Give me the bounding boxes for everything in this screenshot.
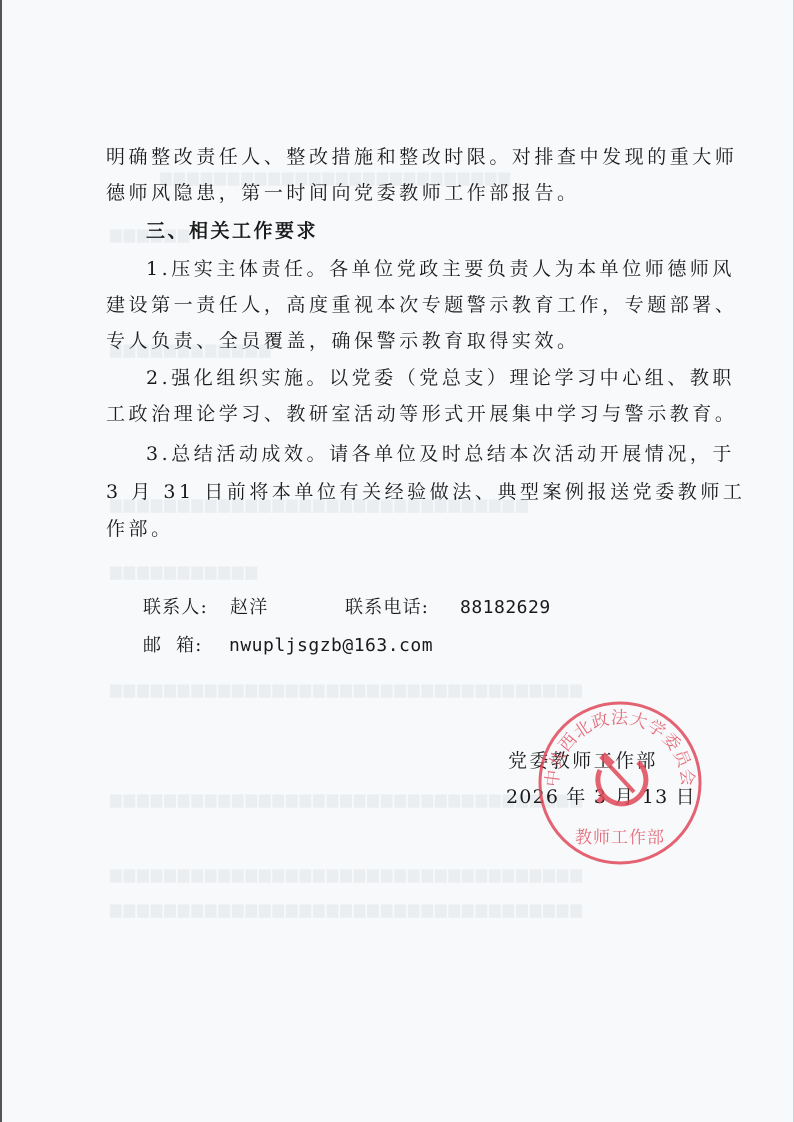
requirement-1-line: 建设第一责任人，高度重视本次专题警示教育工作，专题部署、 bbox=[106, 292, 737, 318]
contact-phone: 88182629 bbox=[460, 596, 551, 620]
paragraph-line: 德师风隐患，第一时间向党委教师工作部报告。 bbox=[106, 180, 580, 206]
issue-date: 2026 年 3 月 13 日 bbox=[506, 784, 696, 810]
scan-edge-left bbox=[0, 0, 2, 1122]
requirement-2-line: 2.强化组织实施。以党委（党总支）理论学习中心组、教职 bbox=[146, 365, 735, 391]
requirement-2-line: 工政治理论学习、教研室活动等形式开展集中学习与警示教育。 bbox=[106, 401, 737, 427]
svg-text:教师工作部: 教师工作部 bbox=[575, 827, 665, 848]
requirement-3-line: 3.总结活动成效。请各单位及时总结本次活动开展情况，于 bbox=[146, 441, 735, 467]
contact-person-label: 联系人: bbox=[143, 596, 208, 620]
reverse-side-bleed: ▆▆▆▆▆▆▆▆▆▆▆▆▆▆▆▆▆▆▆▆▆▆▆▆▆▆▆▆▆▆▆▆▆▆▆ bbox=[110, 900, 584, 918]
issuer-name: 党委教师工作部 bbox=[508, 748, 658, 774]
contact-person-name: 赵洋 bbox=[230, 596, 268, 620]
section-heading: 三、相关工作要求 bbox=[146, 218, 318, 244]
official-seal-stamp: 中共西北政法大学委员会 教师工作部 bbox=[535, 698, 705, 868]
reverse-side-bleed: ▆▆▆▆▆▆▆▆▆▆▆▆▆▆▆▆▆▆▆▆▆▆▆▆▆▆▆▆▆▆▆▆▆▆▆ bbox=[110, 865, 584, 883]
contact-phone-label: 联系电话: bbox=[345, 596, 429, 620]
requirement-3-line: 作部。 bbox=[106, 516, 174, 542]
requirement-1-line: 专人负责、全员覆盖，确保警示教育取得实效。 bbox=[106, 328, 580, 354]
reverse-side-bleed: ▆▆▆▆▆▆▆▆▆▆▆ bbox=[110, 562, 259, 580]
contact-email[interactable]: nwupljsgzb@163.com bbox=[229, 634, 433, 658]
reverse-side-bleed: ▆▆▆▆▆▆▆▆▆▆▆▆▆▆▆▆▆▆▆▆▆▆▆▆▆▆▆▆▆▆▆▆▆▆▆ bbox=[110, 680, 584, 698]
requirement-1-line: 1.压实主体责任。各单位党政主要负责人为本单位师德师风 bbox=[146, 256, 735, 282]
paragraph-line: 明确整改责任人、整改措施和整改时限。对排查中发现的重大师 bbox=[106, 144, 737, 170]
contact-email-label: 邮 箱: bbox=[143, 634, 203, 658]
requirement-3-line: 3 月 31 日前将本单位有关经验做法、典型案例报送党委教师工 bbox=[106, 479, 745, 505]
